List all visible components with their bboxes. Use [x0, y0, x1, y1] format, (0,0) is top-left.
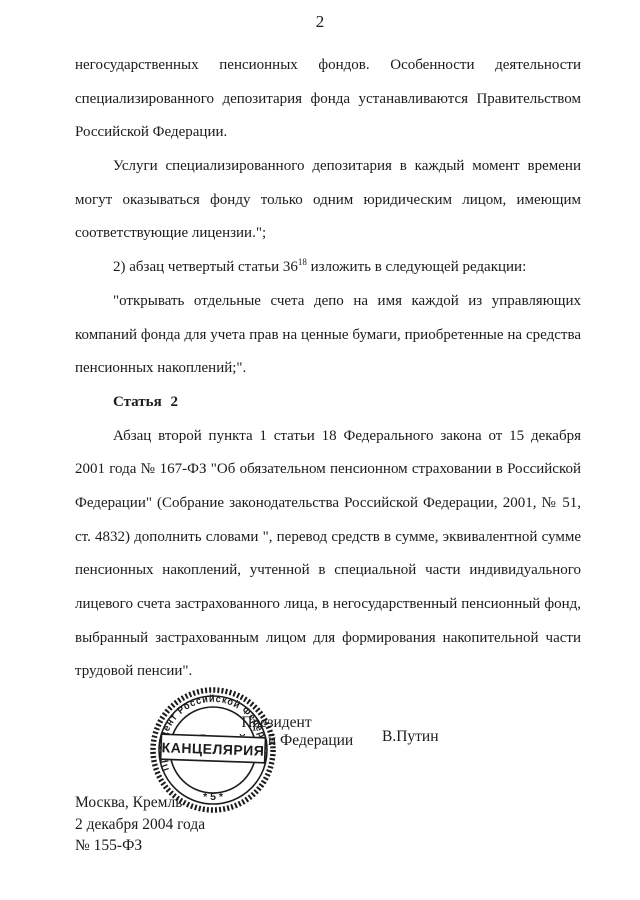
body-line: Федерации" (Собрание законодательства Ро… — [75, 487, 581, 521]
document-page: 2 негосударственных пенсионных фондов. О… — [0, 0, 640, 900]
line-text: изложить в следующей редакции: — [307, 259, 526, 275]
body-line: 2) абзац четвертый статьи 3618 изложить … — [75, 251, 581, 285]
signature-name: В.Путин — [382, 728, 439, 746]
line-text: 2) абзац четвертый статьи 36 — [113, 259, 298, 275]
signing-details: Москва, Кремль 2 декабря 2004 года № 155… — [75, 792, 205, 857]
body-line: лицевого счета застрахованного лица, в н… — [75, 588, 581, 622]
stamp-center-box: КАНЦЕЛЯРИЯ — [161, 734, 266, 763]
law-number: № 155-ФЗ — [75, 835, 205, 857]
body-line: пенсионных накоплений, учтенной в специа… — [75, 554, 581, 588]
signing-place: Москва, Кремль — [75, 792, 205, 814]
body-line: Абзац второй пункта 1 статьи 18 Федераль… — [75, 420, 581, 454]
body-line: "открывать отдельные счета депо на имя к… — [75, 285, 581, 319]
signing-date: 2 декабря 2004 года — [75, 814, 205, 836]
body-line: могут оказываться фонду только одним юри… — [75, 184, 581, 218]
stamp-bottom-text: * 5 * — [203, 791, 224, 803]
body-line: специализированного депозитария фонда ус… — [75, 83, 581, 117]
body-line: выбранный застрахованным лицом для форми… — [75, 622, 581, 656]
document-body: негосударственных пенсионных фондов. Осо… — [75, 49, 581, 689]
article-heading: Статья 2 — [75, 386, 581, 420]
body-line: пенсионных накоплений;". — [75, 352, 581, 386]
body-line: ст. 4832) дополнить словами ", перевод с… — [75, 521, 581, 555]
superscript-article-number: 18 — [298, 257, 307, 267]
body-line: негосударственных пенсионных фондов. Осо… — [75, 49, 581, 83]
body-line: компаний фонда для учета прав на ценные … — [75, 319, 581, 353]
body-line: 2001 года № 167-ФЗ "Об обязательном пенс… — [75, 453, 581, 487]
body-line: Российской Федерации. — [75, 116, 581, 150]
page-number: 2 — [0, 12, 640, 32]
body-line: соответствующие лицензии."; — [75, 217, 581, 251]
body-line: Услуги специализированного депозитария в… — [75, 150, 581, 184]
